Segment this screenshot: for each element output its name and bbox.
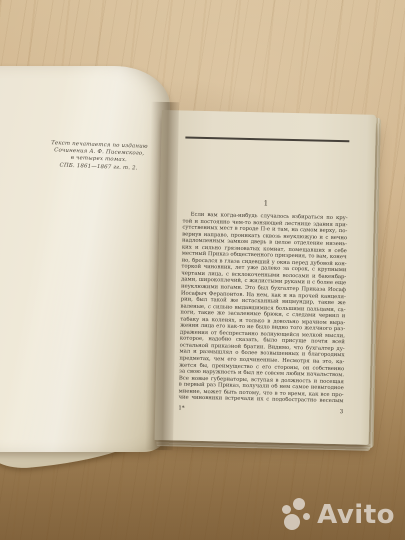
page-footer: 1* 3 bbox=[178, 405, 343, 415]
chapter-rule bbox=[185, 137, 349, 143]
book-right-page: 1 Если вам когда-нибудь случалось взбира… bbox=[154, 110, 386, 453]
book-listing-photo: Текст печатается по изданиюСочинения А. … bbox=[0, 0, 405, 540]
edition-note: Текст печатается по изданиюСочинения А. … bbox=[27, 139, 170, 173]
avito-logo-dot bbox=[282, 505, 291, 514]
avito-logo-icon bbox=[281, 498, 314, 532]
avito-watermark: Avito bbox=[281, 498, 395, 532]
page-number: 3 bbox=[340, 409, 344, 415]
section-number: 1 bbox=[184, 198, 348, 210]
watermark-label: Avito bbox=[317, 500, 395, 530]
avito-logo-dot bbox=[284, 514, 300, 530]
avito-logo-dot bbox=[293, 498, 305, 510]
signature-mark: 1* bbox=[178, 405, 184, 411]
book-left-page bbox=[0, 66, 170, 452]
avito-logo-dot bbox=[303, 513, 310, 520]
body-text: Если вам когда-нибудь случалось взбирать… bbox=[178, 211, 347, 405]
right-page-surface: 1 Если вам когда-нибудь случалось взбира… bbox=[155, 110, 376, 445]
